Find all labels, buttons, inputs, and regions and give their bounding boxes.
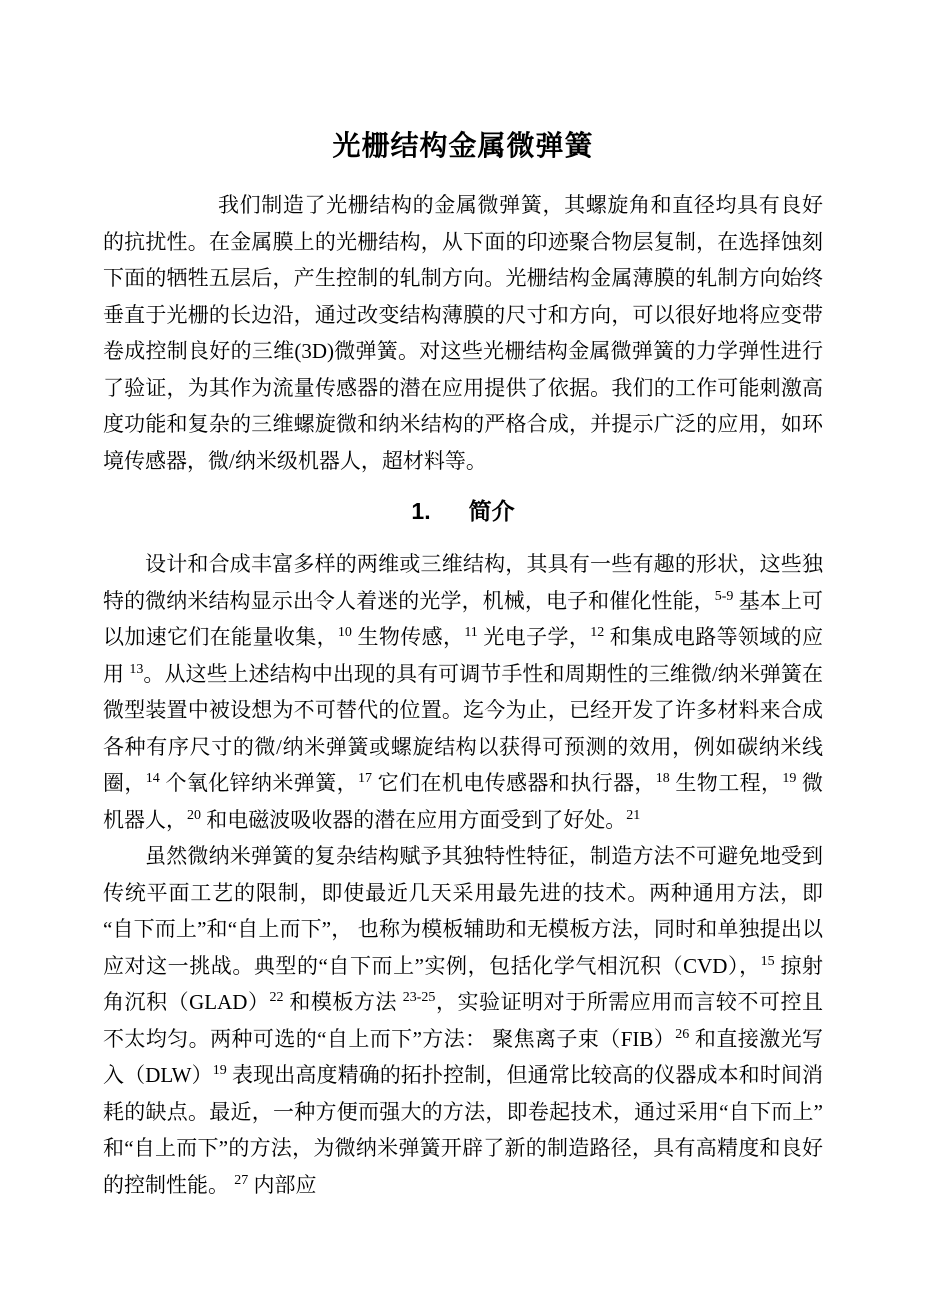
document-page: 光栅结构金属微弹簧 我们制造了光栅结构的金属微弹簧，其螺旋角和直径均具有良好的抗… <box>0 0 926 1309</box>
section-heading: 1. 简介 <box>103 497 823 526</box>
citation-ref: 23-25 <box>403 990 436 1005</box>
citation-ref: 18 <box>656 771 670 786</box>
citation-ref: 27 <box>234 1173 248 1188</box>
citation-ref: 15 <box>761 954 775 969</box>
document-title: 光栅结构金属微弹簧 <box>103 0 823 164</box>
intro-paragraph-1: 设计和合成丰富多样的两维或三维结构，其具有一些有趣的形状，这些独特的微纳米结构显… <box>103 546 823 838</box>
intro-paragraph-2: 虽然微纳米弹簧的复杂结构赋予其独特性特征，制造方法不可避免地受到传统平面工艺的限… <box>103 838 823 1203</box>
citation-ref: 10 <box>338 625 352 640</box>
citation-ref: 17 <box>358 771 372 786</box>
citation-ref: 19 <box>782 771 796 786</box>
citation-ref: 12 <box>590 625 604 640</box>
citation-ref: 26 <box>675 1027 689 1042</box>
section-title: 简介 <box>469 497 515 526</box>
citation-ref: 20 <box>187 808 201 823</box>
citation-ref: 22 <box>270 990 284 1005</box>
citation-ref: 11 <box>464 625 477 640</box>
citation-ref: 5-9 <box>715 589 734 604</box>
abstract-paragraph: 我们制造了光栅结构的金属微弹簧，其螺旋角和直径均具有良好的抗扰性。在金属膜上的光… <box>103 187 823 479</box>
citation-ref: 14 <box>146 771 160 786</box>
citation-ref: 13 <box>129 662 143 677</box>
citation-ref: 21 <box>626 808 640 823</box>
citation-ref: 19 <box>213 1063 227 1078</box>
section-number: 1. <box>411 497 430 526</box>
